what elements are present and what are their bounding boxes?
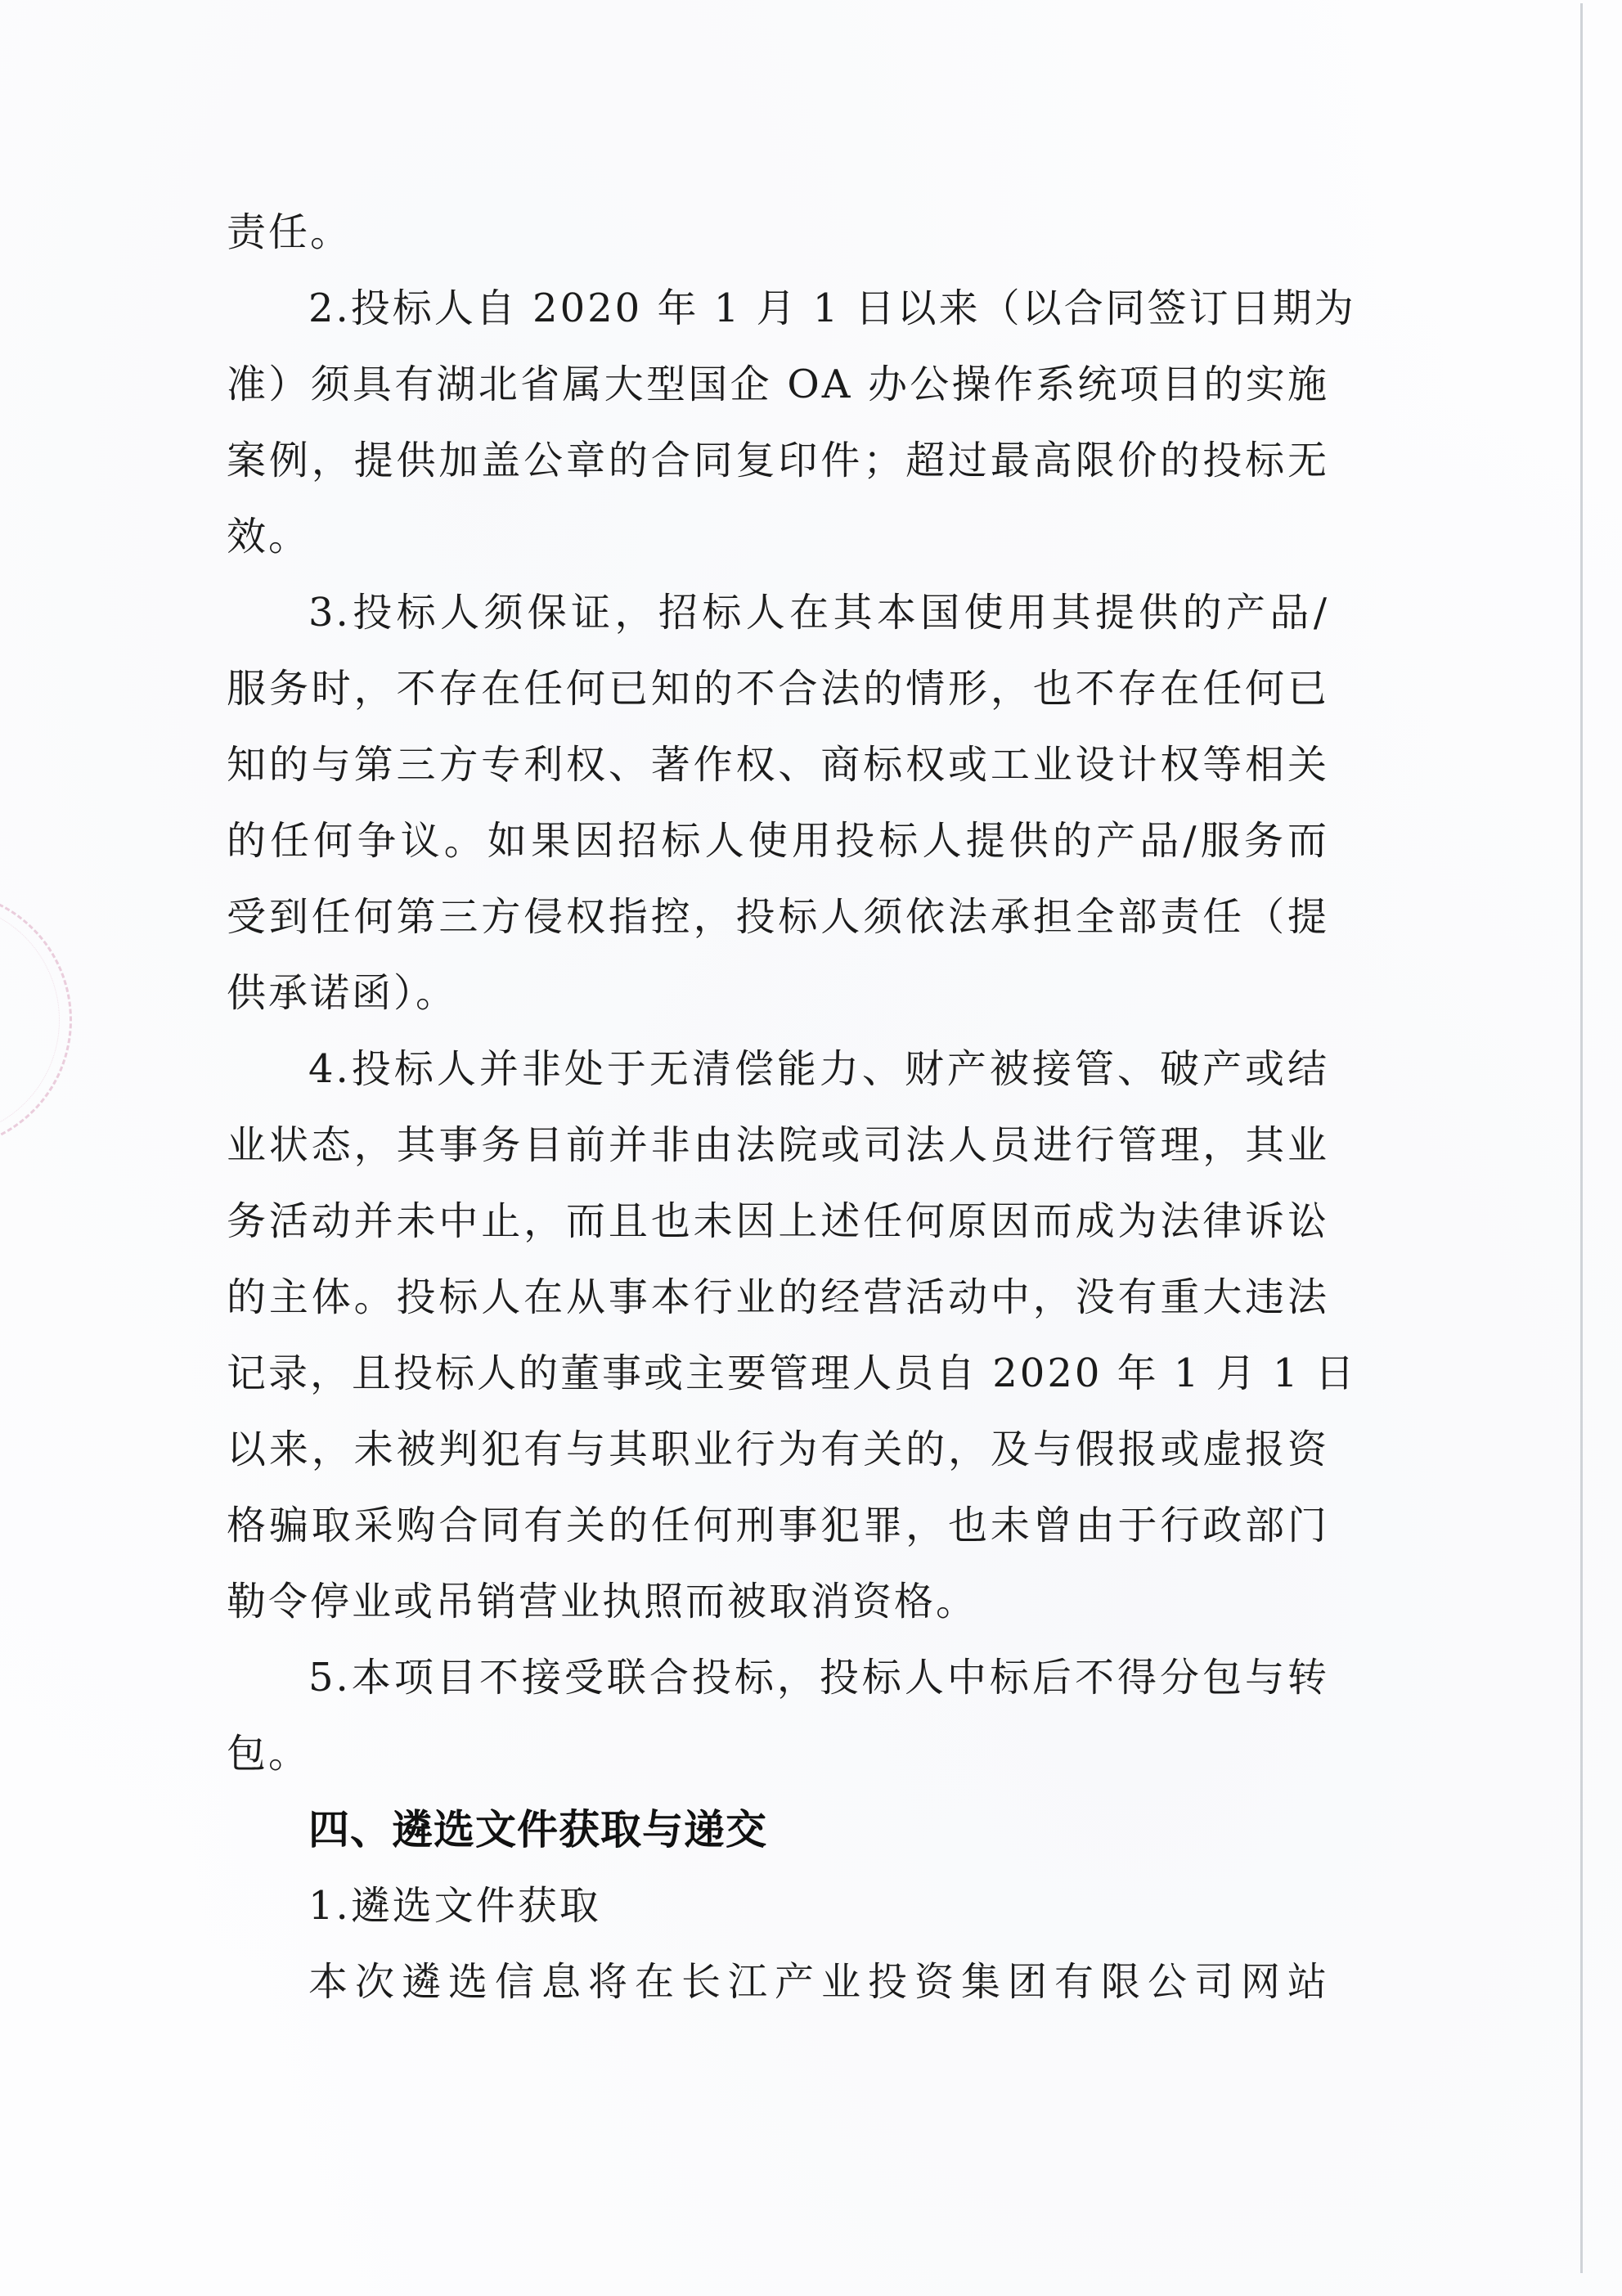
subsection-heading: 1.遴选文件获取 — [308, 1868, 1329, 1943]
text-line: 服务时，不存在任何已知的不合法的情形，也不存在任何已 — [227, 651, 1329, 726]
text-line: 3.投标人须保证，招标人在其本国使用其提供的产品/ — [308, 575, 1329, 650]
text-line: 记录，且投标人的董事或主要管理人员自 2020 年 1 月 1 日 — [227, 1336, 1329, 1411]
text-line: 包。 — [227, 1716, 1329, 1791]
text-line: 4.投标人并非处于无清偿能力、财产被接管、破产或结 — [308, 1031, 1329, 1107]
text-line: 业状态，其事务目前并非由法院或司法人员进行管理，其业 — [227, 1108, 1329, 1183]
text-line: 效。 — [227, 499, 1329, 574]
text-line: 的主体。投标人在从事本行业的经营活动中，没有重大违法 — [227, 1260, 1329, 1335]
text-line: 供承诺函）。 — [227, 955, 1329, 1031]
text-line: 的任何争议。如果因招标人使用投标人提供的产品/服务而 — [227, 803, 1329, 878]
page-edge-line — [1580, 3, 1583, 2273]
text-line: 知的与第三方专利权、著作权、商标权或工业设计权等相关 — [227, 727, 1329, 802]
section-heading: 四、遴选文件获取与递交 — [308, 1792, 1329, 1867]
text-line: 2.投标人自 2020 年 1 月 1 日以来（以合同签订日期为 — [308, 271, 1329, 346]
text-line: 勒令停业或吊销营业执照而被取消资格。 — [227, 1564, 1329, 1639]
text-line: 格骗取采购合同有关的任何刑事犯罪，也未曾由于行政部门 — [227, 1488, 1329, 1563]
text-line: 案例，提供加盖公章的合同复印件；超过最高限价的投标无 — [227, 423, 1329, 498]
scanned-page: 责任。 2.投标人自 2020 年 1 月 1 日以来（以合同签订日期为 准）须… — [0, 0, 1622, 2296]
text-line: 务活动并未中止，而且也未因上述任何原因而成为法律诉讼 — [227, 1184, 1329, 1259]
text-line: 5.本项目不接受联合投标，投标人中标后不得分包与转 — [308, 1640, 1329, 1715]
text-line: 责任。 — [227, 195, 1329, 270]
text-line: 本次遴选信息将在长江产业投资集团有限公司网站 — [308, 1944, 1329, 2020]
text-line: 以来，未被判犯有与其职业行为有关的，及与假报或虚报资 — [227, 1412, 1329, 1487]
text-line: 准）须具有湖北省属大型国企 OA 办公操作系统项目的实施 — [227, 347, 1329, 422]
text-line: 受到任何第三方侵权指控，投标人须依法承担全部责任（提 — [227, 879, 1329, 955]
